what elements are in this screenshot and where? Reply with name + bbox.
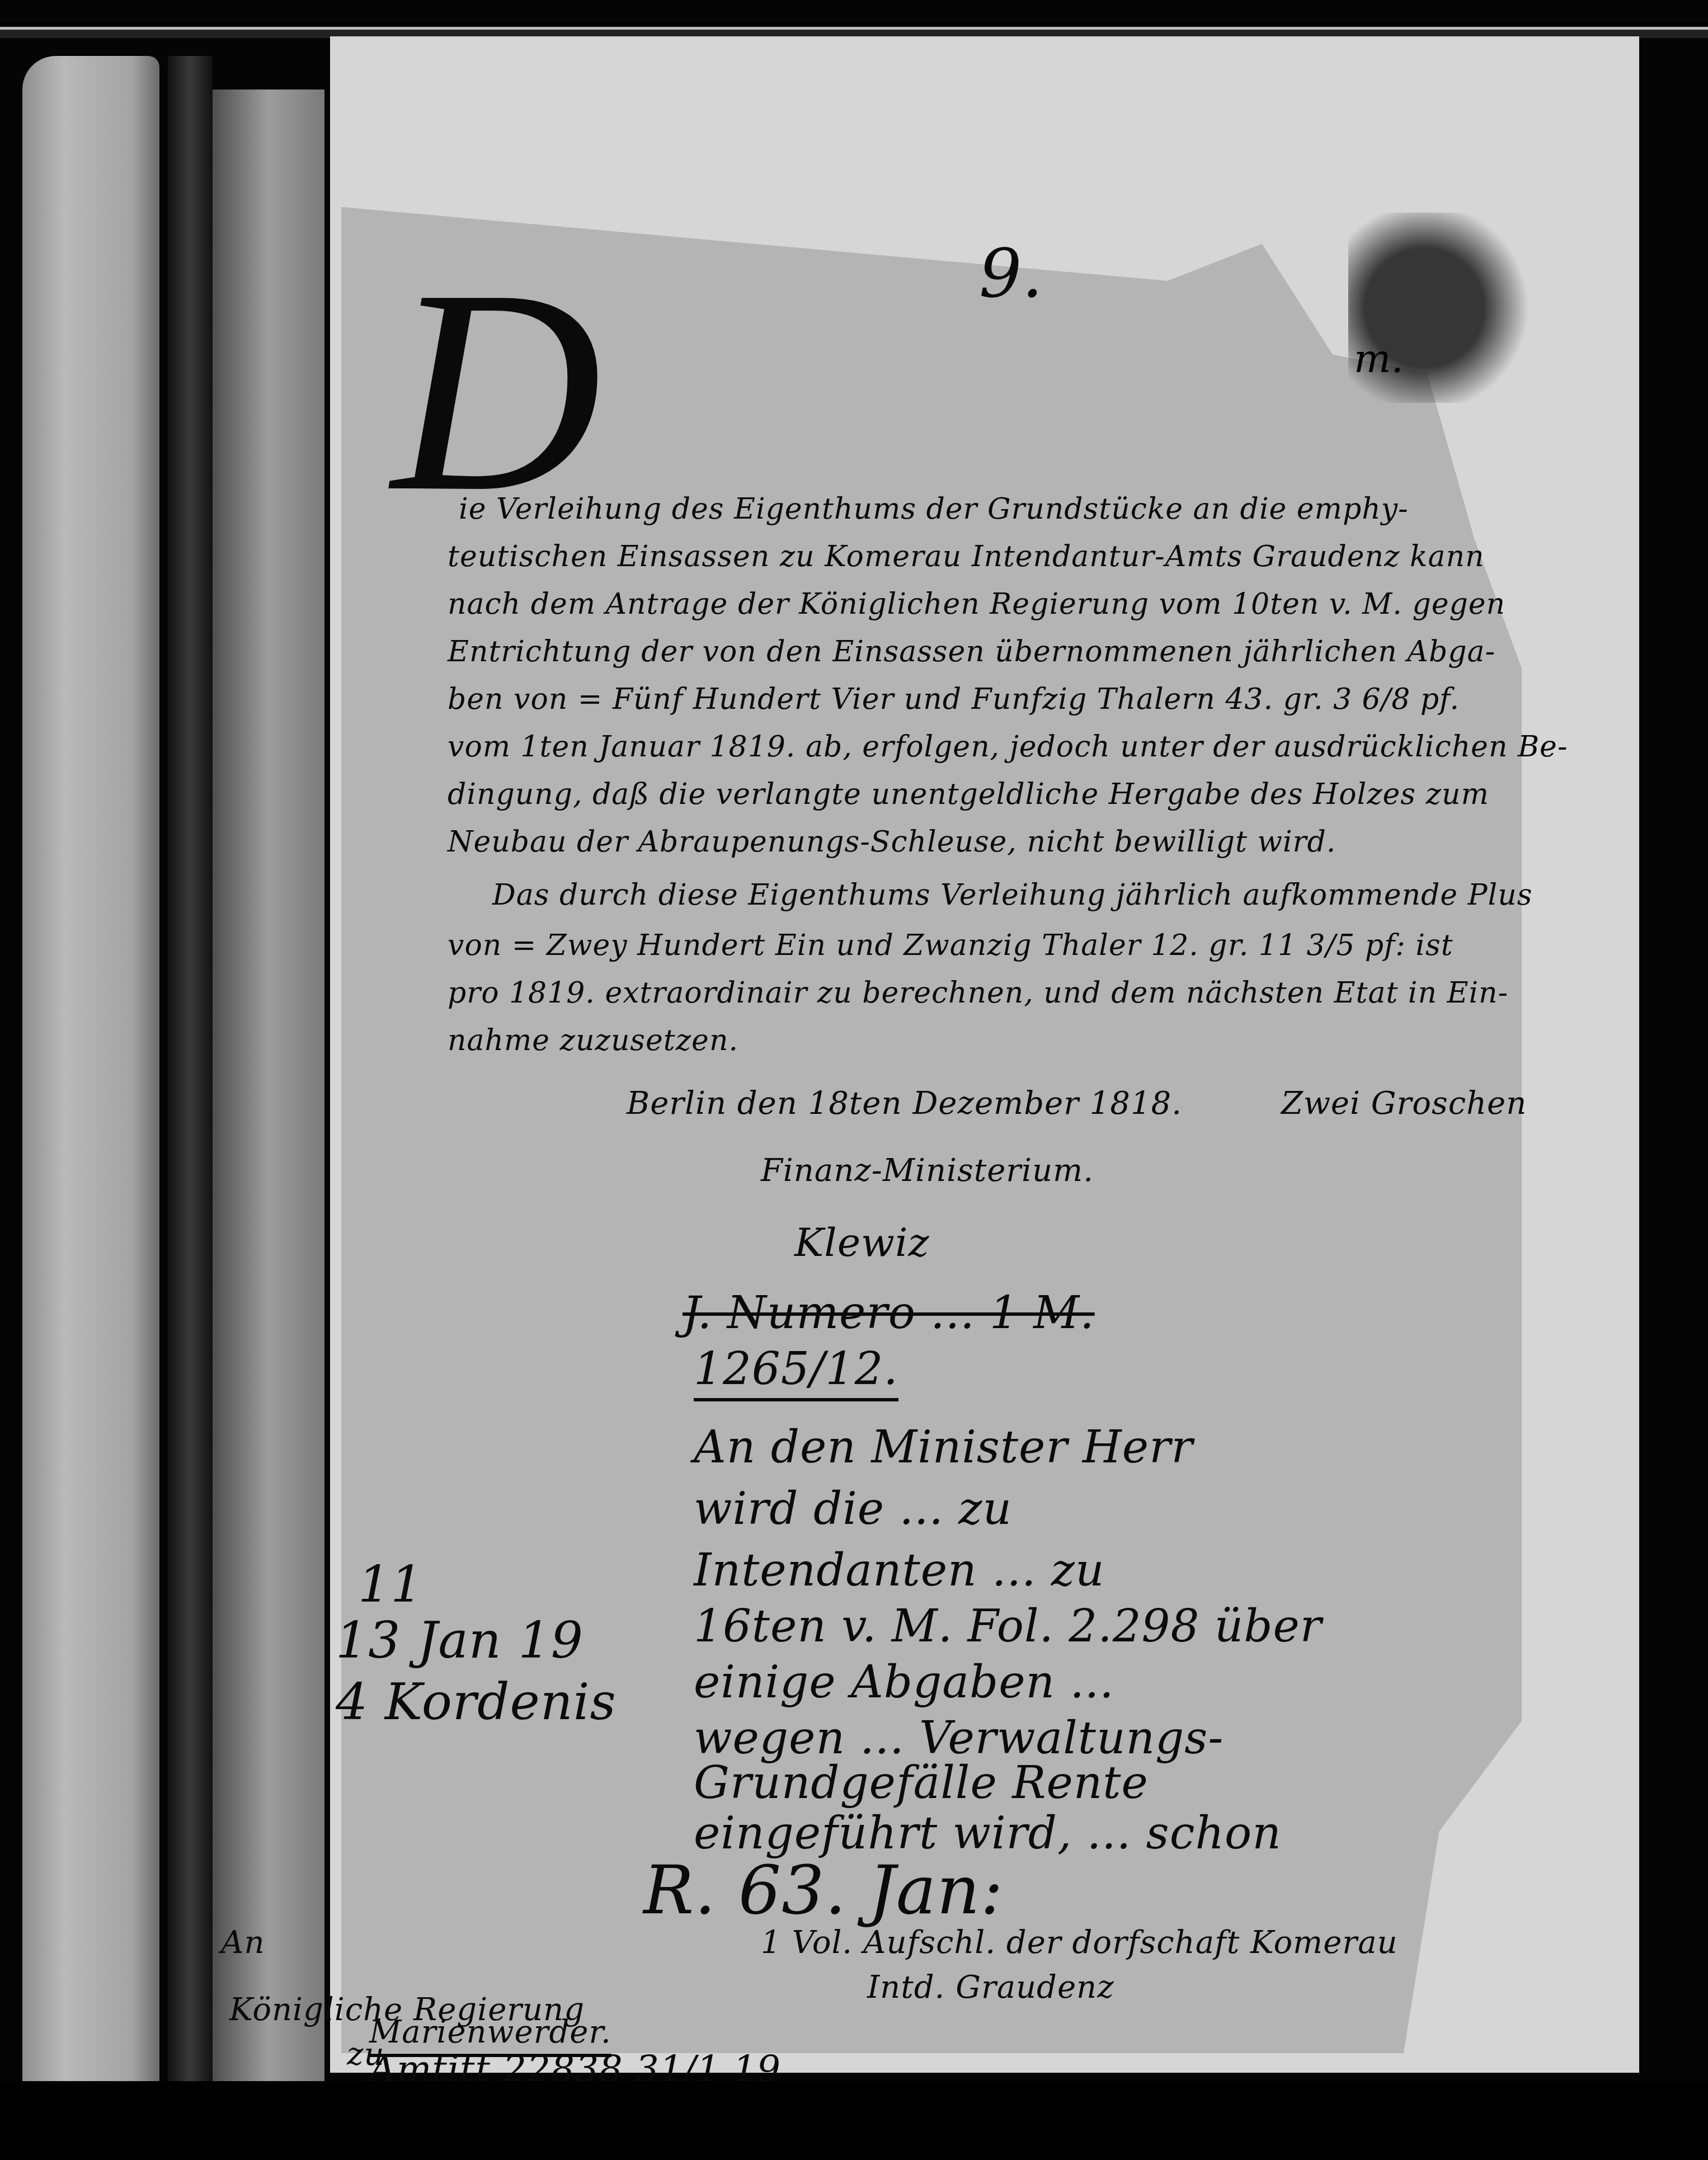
- body-line: von = Zwey Hundert Ein und Zwanzig Thale…: [448, 929, 1453, 962]
- margin-note: 11: [358, 1555, 424, 1614]
- binding-gutter: [168, 56, 213, 2081]
- body-line: pro 1819. extraordinair zu berechnen, un…: [448, 976, 1508, 1010]
- body-line: Entrichtung der von den Einsassen überno…: [448, 635, 1495, 669]
- scan-bottom-edge: [0, 2081, 1708, 2160]
- decree-subject: Intd. Graudenz: [867, 1969, 1114, 2006]
- body-line: teutischen Einsassen zu Komerau Intendan…: [448, 540, 1484, 573]
- decree-line: An den Minister Herr: [694, 1421, 1193, 1473]
- address-line: An: [221, 1924, 265, 1961]
- sender: Finanz-Ministerium.: [761, 1152, 1094, 1189]
- body-line: nahme zuzusetzen.: [448, 1024, 738, 1057]
- body-line: ie Verleihung des Eigenthums der Grundst…: [459, 492, 1409, 526]
- postage-note: Zwei Groschen: [1281, 1085, 1527, 1122]
- scanner-edge-bar: [0, 22, 1708, 38]
- body-line: Neubau der Abraupenungs-Schleuse, nicht …: [448, 825, 1336, 859]
- margin-note: 4 Kordenis: [336, 1673, 617, 1731]
- decree-reference: R. 63. Jan:: [643, 1852, 1004, 1930]
- binding-strip: [22, 56, 159, 2081]
- signature: Klewiz: [794, 1220, 929, 1265]
- body-line: dingung, daß die verlangte unentgeldlich…: [448, 778, 1489, 811]
- folio-number: 9.: [979, 235, 1043, 313]
- corner-note: m.: [1354, 336, 1404, 382]
- registry-number: 1265/12.: [694, 1343, 898, 1401]
- decree-line: wird die ... zu: [694, 1483, 1012, 1535]
- decree-line: Intendanten ... zu: [694, 1544, 1104, 1596]
- registry-struck-line: J. Numero ... 1 M.: [683, 1287, 1095, 1339]
- decree-line: Grundgefälle Rente: [694, 1757, 1149, 1809]
- decree-subject: 1 Vol. Aufschl. der dorfschaft Komerau: [761, 1924, 1398, 1961]
- decree-line: einige Abgaben ...: [694, 1656, 1114, 1708]
- dateline: Berlin den 18ten Dezember 1818.: [627, 1085, 1182, 1122]
- body-line: vom 1ten Januar 1819. ab, erfolgen, jedo…: [448, 730, 1568, 764]
- body-line: nach dem Antrage der Königlichen Regieru…: [448, 587, 1505, 621]
- body-line: Das durch diese Eigenthums Verleihung jä…: [492, 878, 1532, 912]
- decree-line: 16ten v. M. Fol. 2.298 über: [694, 1600, 1322, 1652]
- margin-note: 13 Jan 19: [336, 1611, 584, 1670]
- body-line: ben von = Fünf Hundert Vier und Funfzig …: [448, 683, 1460, 716]
- binding-fold: [213, 90, 324, 2081]
